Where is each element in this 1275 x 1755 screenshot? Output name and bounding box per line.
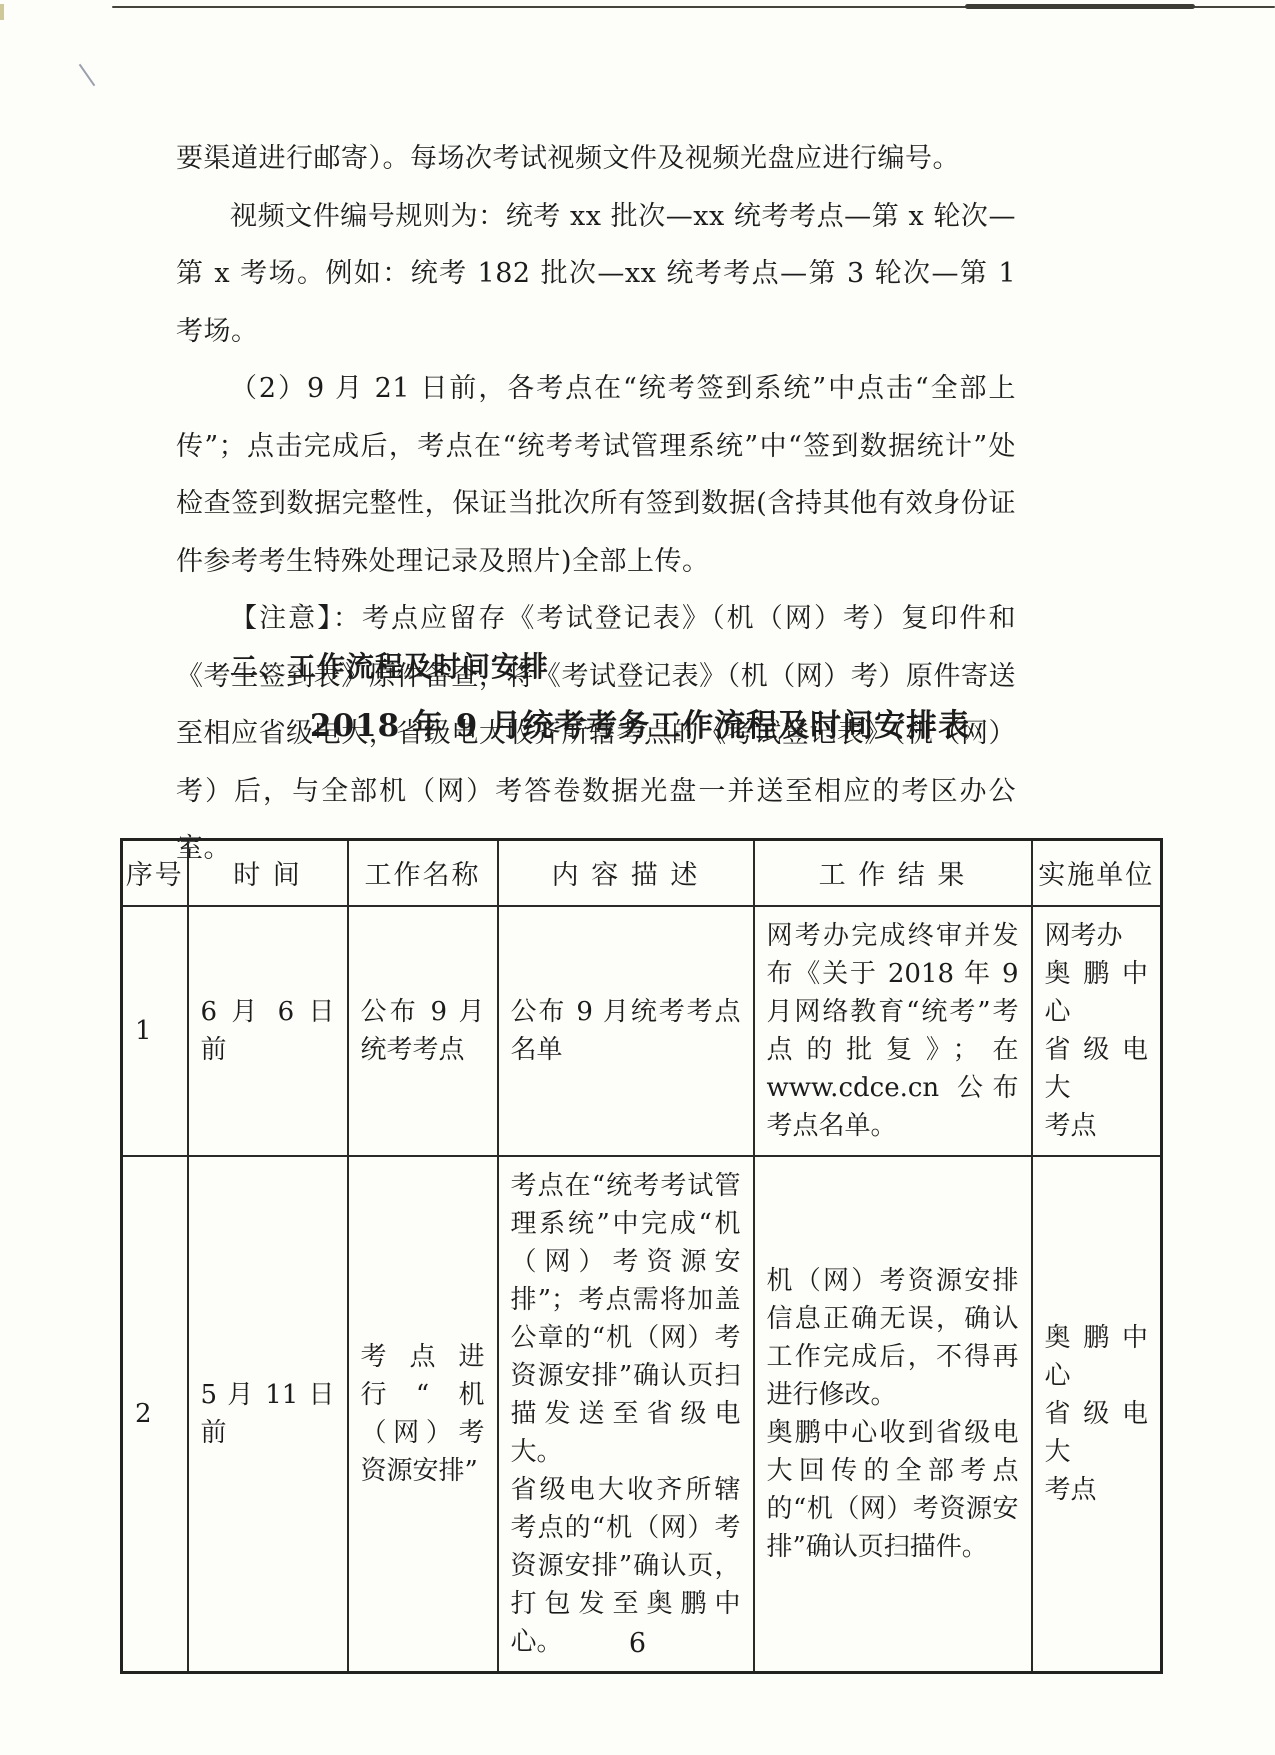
table-header: 序号时 间工作名称内 容 描 述工 作 结 果实施单位 bbox=[122, 840, 1162, 906]
column-header: 工 作 结 果 bbox=[754, 840, 1032, 906]
table-row: 16 月 6 日前公布 9 月统考考点公布 9 月统考考点名单网考办完成终审并发… bbox=[122, 906, 1162, 1156]
schedule-table: 序号时 间工作名称内 容 描 述工 作 结 果实施单位 16 月 6 日前公布 … bbox=[120, 838, 1163, 1674]
cell-result: 网考办完成终审并发布《关于 2018 年 9 月网络教育“统考”考点的批复》；在… bbox=[754, 906, 1032, 1156]
column-header: 内 容 描 述 bbox=[498, 840, 754, 906]
scan-slash-artifact bbox=[79, 64, 96, 86]
section-heading: 二、工作流程及时间安排 bbox=[230, 645, 549, 685]
body-paragraph: （2）9 月 21 日前，各考点在“统考签到系统”中点击“全部上传”；点击完成后… bbox=[176, 360, 1016, 590]
document-page: 要渠道进行邮寄）。每场次考试视频文件及视频光盘应进行编号。视频文件编号规则为：统… bbox=[0, 0, 1275, 1755]
column-header: 序号 bbox=[122, 840, 188, 906]
body-paragraph: 要渠道进行邮寄）。每场次考试视频文件及视频光盘应进行编号。 bbox=[176, 130, 1016, 188]
column-header: 工作名称 bbox=[348, 840, 498, 906]
table-header-row: 序号时 间工作名称内 容 描 述工 作 结 果实施单位 bbox=[122, 840, 1162, 906]
cell-no: 1 bbox=[122, 906, 188, 1156]
scan-edge-blob bbox=[965, 4, 1195, 9]
cell-unit: 网考办 奥鹏中心 省级电大 考点 bbox=[1032, 906, 1162, 1156]
scan-corner-artifact bbox=[0, 4, 4, 20]
page-number: 6 bbox=[0, 1628, 1275, 1659]
body-paragraph: 视频文件编号规则为：统考 xx 批次—xx 统考考点—第 x 轮次—第 x 考场… bbox=[176, 188, 1016, 361]
cell-description: 公布 9 月统考考点名单 bbox=[498, 906, 754, 1156]
cell-unit: 奥鹏中心 省级电大 考点 bbox=[1032, 1156, 1162, 1673]
cell-description: 考点在“统考考试管理系统”中完成“机（网）考资源安排”；考点需将加盖公章的“机（… bbox=[498, 1156, 754, 1673]
cell-task: 考点进行“机（网）考资源安排” bbox=[348, 1156, 498, 1673]
cell-result: 机（网）考资源安排信息正确无误，确认工作完成后，不得再进行修改。 奥鹏中心收到省… bbox=[754, 1156, 1032, 1673]
table-title: 2018 年 9 月统考考务工作流程及时间安排表 bbox=[120, 700, 1160, 745]
cell-no: 2 bbox=[122, 1156, 188, 1673]
cell-task: 公布 9 月统考考点 bbox=[348, 906, 498, 1156]
table-row: 25 月 11 日前考点进行“机（网）考资源安排”考点在“统考考试管理系统”中完… bbox=[122, 1156, 1162, 1673]
cell-time: 6 月 6 日前 bbox=[188, 906, 348, 1156]
column-header: 实施单位 bbox=[1032, 840, 1162, 906]
cell-time: 5 月 11 日前 bbox=[188, 1156, 348, 1673]
body-paragraphs: 要渠道进行邮寄）。每场次考试视频文件及视频光盘应进行编号。视频文件编号规则为：统… bbox=[176, 130, 1016, 878]
table-body: 16 月 6 日前公布 9 月统考考点公布 9 月统考考点名单网考办完成终审并发… bbox=[122, 906, 1162, 1673]
column-header: 时 间 bbox=[188, 840, 348, 906]
